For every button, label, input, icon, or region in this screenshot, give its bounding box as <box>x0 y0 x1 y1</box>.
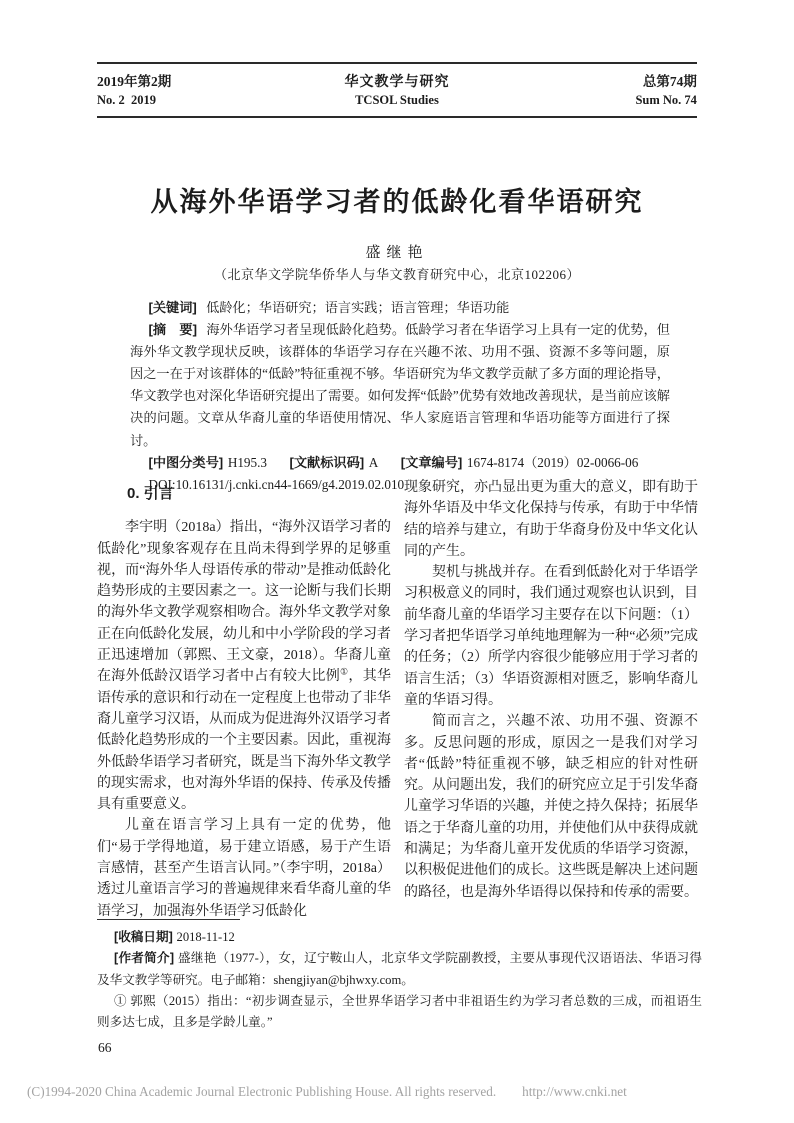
footnotes-block: [收稿日期]2018-11-12 [作者简介]盛继艳（1977-），女，辽宁鞍山… <box>97 927 702 1033</box>
journal-page: 2019年第2期 No. 2 2019 华文教学与研究 TCSOL Studie… <box>0 0 794 1123</box>
paragraph-opportunity: 契机与挑战并存。在看到低龄化对于华语学习积极意义的同时，我们通过观察也认识到，目… <box>404 562 698 711</box>
paragraph-intro-1: 李宇明（2018a）指出，“海外汉语学习者的低龄化”现象客观存在且尚未得到学界的… <box>97 517 391 815</box>
keywords-label: [关键词] <box>148 300 196 315</box>
journal-masthead: 2019年第2期 No. 2 2019 华文教学与研究 TCSOL Studie… <box>97 62 697 118</box>
keywords-line: [关键词]低龄化；华语研究；语言实践；语言管理；华语功能 <box>130 297 670 319</box>
keywords-text: 低龄化；华语研究；语言实践；语言管理；华语功能 <box>206 300 509 315</box>
paragraph-intro-2: 儿童在语言学习上具有一定的优势，他们“易于学得地道，易于建立语感，易于产生语言感… <box>97 815 391 921</box>
footnote-1: ① 郭熙（2015）指出：“初步调查显示，全世界华语学习者中非祖语生约为学习者总… <box>97 991 702 1034</box>
received-date-label: [收稿日期] <box>114 930 173 944</box>
footnote-separator <box>97 919 240 920</box>
volume-en: Sum No. 74 <box>497 91 697 109</box>
paragraph-summary: 简而言之，兴趣不浓、功用不强、资源不多。反思问题的形成，原因之一是我们对学习者“… <box>404 711 698 903</box>
cnki-url: http://www.cnki.net <box>522 1084 627 1100</box>
masthead-issue: 2019年第2期 No. 2 2019 <box>97 72 297 109</box>
author-bio-label: [作者简介] <box>114 951 174 965</box>
author-affiliation: （北京华文学院华侨华人与华文教育研究中心，北京102206） <box>0 264 794 283</box>
article-no-value: 1674-8174（2019）02-0066-06 <box>467 455 638 470</box>
article-meta: [关键词]低龄化；华语研究；语言实践；语言管理；华语功能 [摘 要]海外华语学习… <box>130 297 670 496</box>
abstract-label: [摘 要] <box>148 322 197 337</box>
masthead-journal-name: 华文教学与研究 TCSOL Studies <box>297 72 497 109</box>
section-heading: 0. 引言 <box>97 483 391 504</box>
copyright-text: (C)1994-2020 China Academic Journal Elec… <box>27 1084 496 1100</box>
copyright-bar: (C)1994-2020 China Academic Journal Elec… <box>27 1084 627 1100</box>
author-bio-value: 盛继艳（1977-），女，辽宁鞍山人，北京华文学院副教授，主要从事现代汉语语法、… <box>97 951 702 986</box>
clc-label: [中图分类号] <box>148 455 223 470</box>
clc-value: H195.3 <box>228 455 267 470</box>
body-left-column: 0. 引言 李宇明（2018a）指出，“海外汉语学习者的低龄化”现象客观存在且尚… <box>97 477 391 922</box>
paragraph-continuation: 现象研究，亦凸显出更为重大的意义，即有助于海外华语及中华文化保持与传承，有助于中… <box>404 477 698 562</box>
author-bio-line: [作者简介]盛继艳（1977-），女，辽宁鞍山人，北京华文学院副教授，主要从事现… <box>97 948 702 991</box>
paragraph-intro-1-cont: ，其华语传承的意识和行动在一定程度上也带动了非华裔儿童学习汉语，从而成为促进海外… <box>97 669 391 812</box>
body-right-column: 现象研究，亦凸显出更为重大的意义，即有助于海外华语及中华文化保持与传承，有助于中… <box>404 477 698 903</box>
doc-code-label: [文献标识码] <box>289 455 364 470</box>
issue-en: No. 2 2019 <box>97 91 297 109</box>
journal-name-en: TCSOL Studies <box>297 91 497 109</box>
abstract-text: 海外华语学习者呈现低龄化趋势。低龄学习者在华语学习上具有一定的优势，但海外华文教… <box>130 322 670 447</box>
doc-code-value: A <box>369 455 379 470</box>
issue-cn: 2019年第2期 <box>97 72 297 91</box>
received-date-line: [收稿日期]2018-11-12 <box>97 927 702 948</box>
article-no-label: [文章编号] <box>401 455 463 470</box>
page-number: 66 <box>98 1040 112 1056</box>
volume-cn: 总第74期 <box>497 72 697 91</box>
paragraph-intro-1-text: 李宇明（2018a）指出，“海外汉语学习者的低龄化”现象客观存在且尚未得到学界的… <box>97 520 391 684</box>
article-author: 盛继艳 <box>0 241 794 262</box>
abstract-line: [摘 要]海外华语学习者呈现低龄化趋势。低龄学习者在华语学习上具有一定的优势，但… <box>130 319 670 452</box>
masthead-volume: 总第74期 Sum No. 74 <box>497 72 697 109</box>
journal-name-cn: 华文教学与研究 <box>297 72 497 91</box>
classification-line: [中图分类号]H195.3[文献标识码]A[文章编号]1674-8174（201… <box>130 452 670 474</box>
received-date-value: 2018-11-12 <box>177 930 235 944</box>
article-title: 从海外华语学习者的低龄化看华语研究 <box>0 180 794 219</box>
